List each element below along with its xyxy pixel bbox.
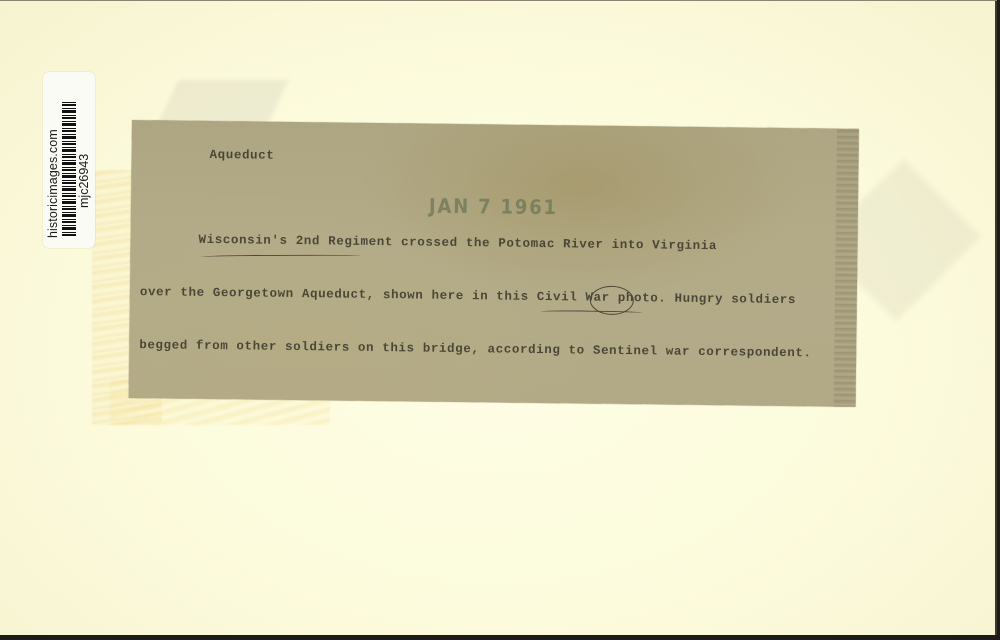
barcode-code-text: mjc26943 [77,154,91,208]
caption-clipping: Aqueduct JAN 7 1961 Wisconsin's 2nd Regi… [129,120,859,407]
scan-border [0,635,1000,640]
caption-line-3: begged from other soldiers on this bridg… [139,338,812,360]
barcode-icon [62,102,76,236]
caption-line-1: Wisconsin's 2nd Regiment crossed the Pot… [198,233,717,253]
barcode-site-text: historicimages.com [46,129,60,238]
tape-residue [158,80,289,125]
clipping-heading: Aqueduct [209,148,274,163]
barcode-label: historicimages.com mjc26943 [43,72,95,248]
pencil-underline [200,254,360,258]
pencil-underline [541,310,643,314]
clipping-torn-edge [834,129,859,407]
photo-back-paper: historicimages.com mjc26943 Aqueduct JAN… [0,0,997,636]
caption-line-2: over the Georgetown Aqueduct, shown here… [140,285,796,307]
date-stamp: JAN 7 1961 [429,194,558,220]
